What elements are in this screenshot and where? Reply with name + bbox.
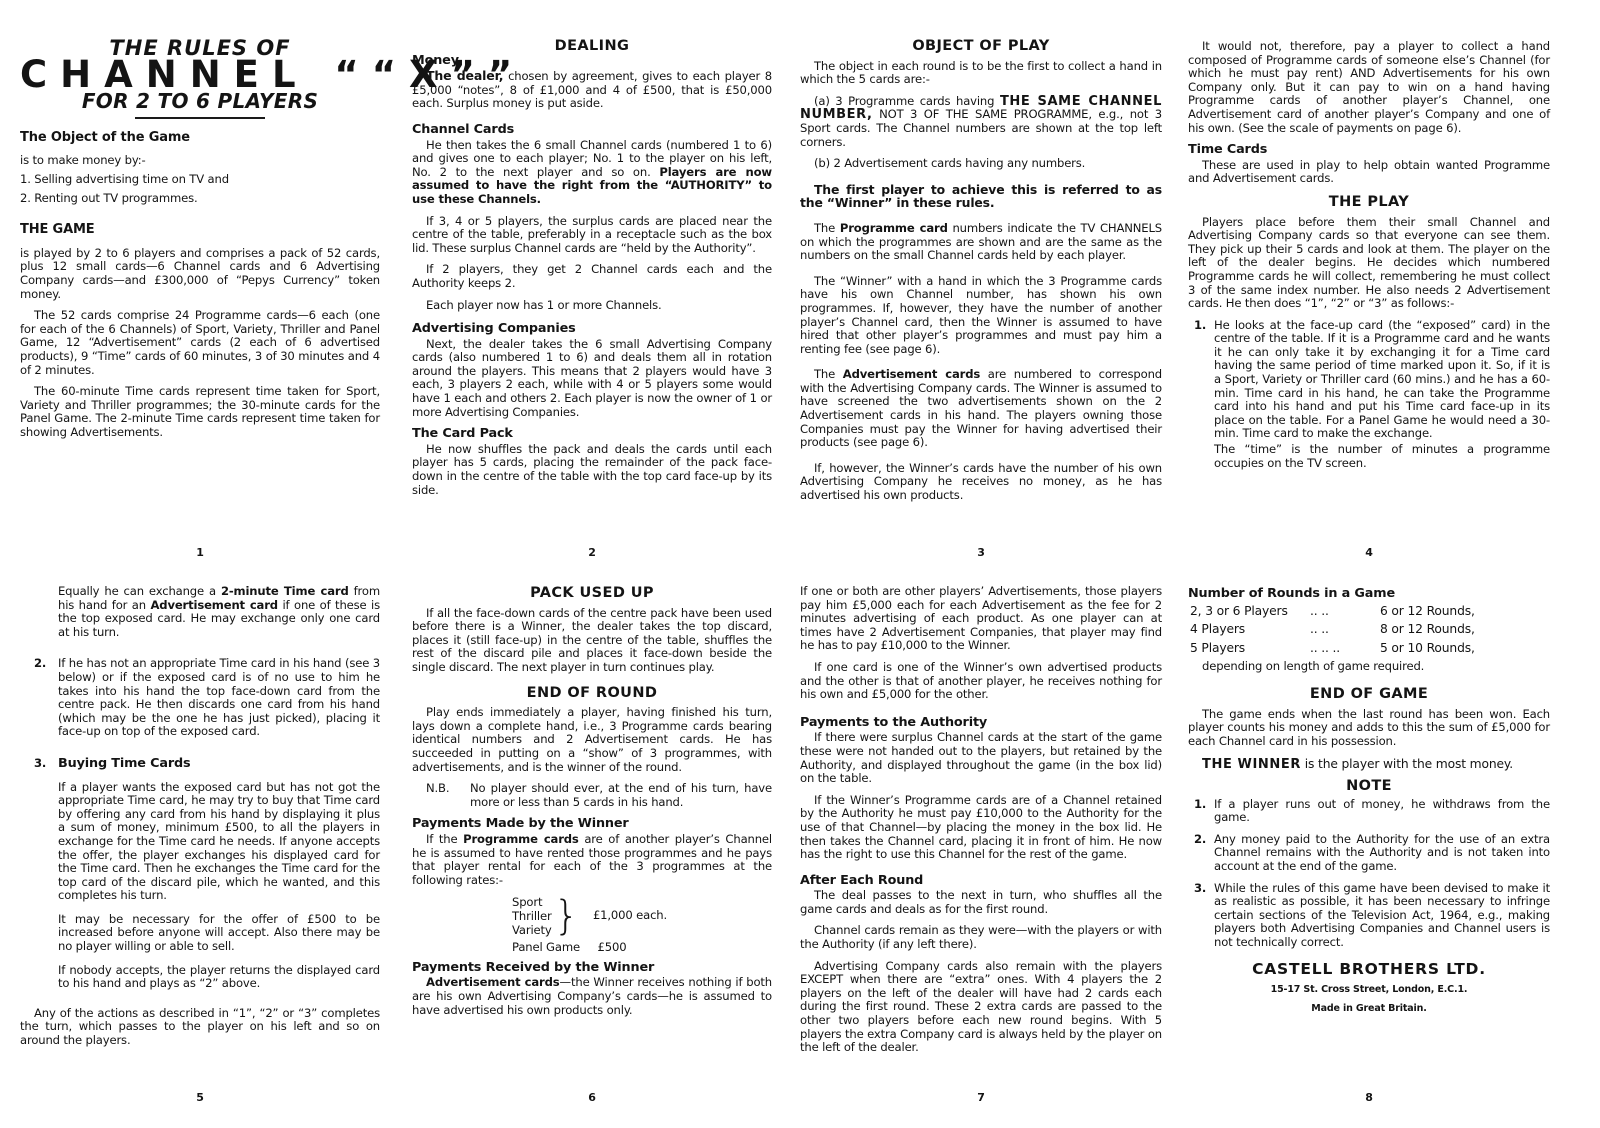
condition-a: (a) 3 Programme cards having THE SAME CH… [800,95,1162,149]
buying-time-cards-heading: Buying Time Cards [58,757,380,771]
note-item: 3.While the rules of this game have been… [1188,882,1550,950]
mixed-adverts-paragraph: If one card is one of the Winner’s own a… [800,661,1162,702]
payments-received-heading: Payments Received by the Winner [412,961,772,975]
winner-bold: THE WINNER [1202,757,1301,772]
after-each-round-heading: After Each Round [800,874,1162,888]
title-divider [135,117,265,119]
rounds-value: 5 or 10 Rounds, [1380,642,1550,656]
panel-game-amount: £500 [598,940,627,954]
page-5: Equally he can exchange a 2-minute Time … [20,585,380,1105]
object-intro-paragraph: The object in each round is to be the fi… [800,60,1162,87]
nb-text: No player should ever, at the end of his… [470,782,772,809]
page-number: 4 [1188,546,1550,560]
rate-categories: Sport Thriller Variety [512,895,552,937]
dealing-heading: DEALING [412,40,772,54]
page-3: OBJECT OF PLAY The object in each round … [800,40,1162,560]
page-1: THE RULES OF CHANNEL ““X”” FOR 2 TO 6 PL… [20,40,380,560]
manufacturer-address: 15-17 St. Cross Street, London, E.C.1. [1188,983,1550,997]
authority-paragraph-1: If there were surplus Channel cards at t… [800,731,1162,785]
advertising-companies-heading: Advertising Companies [412,322,772,336]
money-paragraph: The dealer, chosen by agreement, gives t… [412,69,772,111]
page-6: PACK USED UP If all the face-down cards … [412,585,772,1105]
game-heading: THE GAME [20,223,380,237]
page-number: 3 [800,546,1162,560]
the-play-heading: THE PLAY [1188,196,1550,210]
end-of-round-paragraph: Play ends immediately a player, having f… [412,706,772,774]
winner-definition: The first player to achieve this is refe… [800,183,1162,210]
title-channel-x: CHANNEL ““X”” [20,68,380,82]
note-text: If a player runs out of money, he withdr… [1214,798,1550,825]
rate-category: Thriller [512,909,552,923]
play-steps: 1. He looks at the face-up card (the “ex… [1188,319,1550,479]
play-step-2: 2. If he has not an appropriate Time car… [20,657,380,739]
buying-paragraph-2: It may be necessary for the offer of £50… [58,913,380,954]
panel-game-label: Panel Game [512,940,580,954]
note-text: While the rules of this game have been d… [1214,882,1550,950]
two-players-paragraph: If 2 players, they get 2 Channel cards e… [412,263,772,290]
end-of-game-heading: END OF GAME [1188,688,1550,702]
game-paragraph-1: is played by 2 to 6 players and comprise… [20,247,380,301]
manufacturer-name: CASTELL BROTHERS LTD. [1188,963,1550,977]
money-bold: The dealer, [426,68,503,83]
page-7: If one or both are other players’ Advert… [800,585,1162,1105]
authority-paragraph-2: If the Winner’s Programme cards are of a… [800,794,1162,862]
rounds-row: 4 Players .. .. 8 or 12 Rounds, [1188,623,1550,637]
object-of-play-heading: OBJECT OF PLAY [800,40,1162,54]
buying-paragraph-3: If nobody accepts, the player returns th… [58,964,380,991]
notes-list: 1.If a player runs out of money, he with… [1188,798,1550,950]
step-note: The “time” is the number of minutes a pr… [1214,443,1550,470]
advert-fee-paragraph: If one or both are other players’ Advert… [800,585,1162,653]
closing-paragraph: Any of the actions as described in “1”, … [20,1007,380,1048]
time-cards-heading: Time Cards [1188,143,1550,157]
intro-paragraph: It would not, therefore, pay a player to… [1188,40,1550,135]
winner-paragraph: The “Winner” with a hand in which the 3 … [800,275,1162,357]
page-number: 2 [412,546,772,560]
note-text: Any money paid to the Authority for the … [1214,833,1550,874]
end-of-game-paragraph: The game ends when the last round has be… [1188,708,1550,749]
winner-paragraph: THE WINNER is the player with the most m… [1188,758,1550,772]
rate-category: Variety [512,923,552,937]
programme-card-paragraph: The Programme card numbers indicate the … [800,222,1162,263]
play-step-3: 3. Buying Time Cards If a player wants t… [20,757,380,999]
nb-note: N.B. No player should ever, at the end o… [426,782,772,809]
equally-paragraph: Equally he can exchange a 2-minute Time … [58,585,380,639]
advertisement-bold: Advertisement cards [843,367,980,381]
made-in: Made in Great Britain. [1188,1002,1550,1016]
programme-pre: The [814,221,840,235]
rental-rates: Sport Thriller Variety } £1,000 each. [512,895,772,937]
own-company-paragraph: If, however, the Winner’s cards have the… [800,462,1162,503]
page-number: 5 [20,1091,380,1105]
after-round-paragraph-1: The deal passes to the next in turn, who… [800,889,1162,916]
rate-category: Sport [512,895,552,909]
page-4: It would not, therefore, pay a player to… [1188,40,1550,560]
rounds-table: 2, 3 or 6 Players .. .. 6 or 12 Rounds, … [1188,605,1550,674]
card-pack-paragraph: He now shuffles the pack and deals the c… [412,443,772,497]
step-text: If he has not an appropriate Time card i… [58,657,380,739]
payments-made-paragraph: If the Programme cards are of another pl… [412,833,772,887]
payments-made-pre: If the [426,832,463,846]
surplus-paragraph: If 3, 4 or 5 players, the surplus cards … [412,215,772,256]
object-intro: is to make money by:- [20,154,380,168]
page-number: 1 [20,546,380,560]
condition-b: (b) 2 Advertisement cards having any num… [800,157,1162,171]
rounds-note: depending on length of game required. [1188,660,1550,674]
note-number: 2. [1188,833,1214,874]
note-item: 1.If a player runs out of money, he with… [1188,798,1550,825]
channel-cards-paragraph: He then takes the 6 small Channel cards … [412,139,772,207]
equally-pre: Equally he can exchange a [58,584,221,598]
object-heading: The Object of the Game [20,131,380,145]
equally-block: Equally he can exchange a 2-minute Time … [20,585,380,639]
title-players: FOR 2 TO 6 PLAYERS [20,95,380,109]
step-number: 2. [20,657,58,739]
buying-paragraph-1: If a player wants the exposed card but h… [58,781,380,903]
note-number: 1. [1188,798,1214,825]
rounds-players: 5 Players [1188,642,1310,656]
pack-used-up-heading: PACK USED UP [412,587,772,601]
note-number: 3. [1188,882,1214,950]
rounds-dots: .. .. [1310,623,1380,637]
condition-a-prefix: (a) 3 Programme cards having [814,94,1000,108]
panel-game-rate: Panel Game £500 [512,941,772,955]
page-2: DEALING Money The dealer, chosen by agre… [412,40,772,560]
channel-cards-heading: Channel Cards [412,123,772,137]
play-step-1: 1. He looks at the face-up card (the “ex… [1188,319,1550,479]
rounds-dots: .. .. .. [1310,642,1380,656]
equally-bold-1: 2-minute Time card [221,584,349,598]
game-paragraph-3: The 60-minute Time cards represent time … [20,385,380,439]
each-player-paragraph: Each player now has 1 or more Channels. [412,299,772,313]
after-round-paragraph-2: Channel cards remain as they were—with t… [800,924,1162,951]
brace-icon: } [554,896,579,936]
page-8: Number of Rounds in a Game 2, 3 or 6 Pla… [1188,585,1550,1105]
nb-label: N.B. [426,782,470,809]
game-paragraph-2: The 52 cards comprise 24 Programme cards… [20,309,380,377]
step-text: He looks at the face-up card (the “expos… [1214,319,1550,441]
rounds-row: 2, 3 or 6 Players .. .. 6 or 12 Rounds, [1188,605,1550,619]
payments-made-bold: Programme cards [463,832,579,846]
money-heading: Money [412,54,772,68]
step-number: 3. [20,757,58,999]
object-item-1: 1. Selling advertising time on TV and [20,173,380,187]
advertisement-cards-paragraph: The Advertisement cards are numbered to … [800,368,1162,450]
payments-received-paragraph: Advertisement cards—the Winner receives … [412,976,772,1017]
rounds-dots: .. .. [1310,605,1380,619]
rounds-heading: Number of Rounds in a Game [1188,587,1550,601]
rate-amount: £1,000 each. [593,909,667,923]
rounds-value: 8 or 12 Rounds, [1380,623,1550,637]
programme-bold: Programme card [840,221,948,235]
advertisement-pre: The [814,367,843,381]
time-cards-paragraph: These are used in play to help obtain wa… [1188,159,1550,186]
payments-to-authority-heading: Payments to the Authority [800,716,1162,730]
rounds-players: 2, 3 or 6 Players [1188,605,1310,619]
note-item: 2.Any money paid to the Authority for th… [1188,833,1550,874]
rounds-players: 4 Players [1188,623,1310,637]
page-number: 6 [412,1091,772,1105]
end-of-round-heading: END OF ROUND [412,687,772,701]
play-steps: 2. If he has not an appropriate Time car… [20,657,380,998]
object-item-2: 2. Renting out TV programmes. [20,192,380,206]
object-list: is to make money by:- 1. Selling adverti… [20,154,380,205]
page-number: 8 [1188,1091,1550,1105]
after-round-paragraph-3: Advertising Company cards also remain wi… [800,960,1162,1055]
step-number: 1. [1188,319,1214,479]
advertising-companies-paragraph: Next, the dealer takes the 6 small Adver… [412,338,772,420]
rounds-row: 5 Players .. .. .. 5 or 10 Rounds, [1188,642,1550,656]
page-number: 7 [800,1091,1162,1105]
the-play-paragraph: Players place before them their small Ch… [1188,216,1550,311]
payments-made-heading: Payments Made by the Winner [412,817,772,831]
equally-bold-2: Advertisement card [150,598,277,612]
pack-used-up-paragraph: If all the face-down cards of the centre… [412,607,772,675]
payments-received-bold: Advertisement cards [426,975,560,989]
note-heading: NOTE [1188,780,1550,794]
rounds-value: 6 or 12 Rounds, [1380,605,1550,619]
card-pack-heading: The Card Pack [412,427,772,441]
winner-text: is the player with the most money. [1301,757,1513,771]
